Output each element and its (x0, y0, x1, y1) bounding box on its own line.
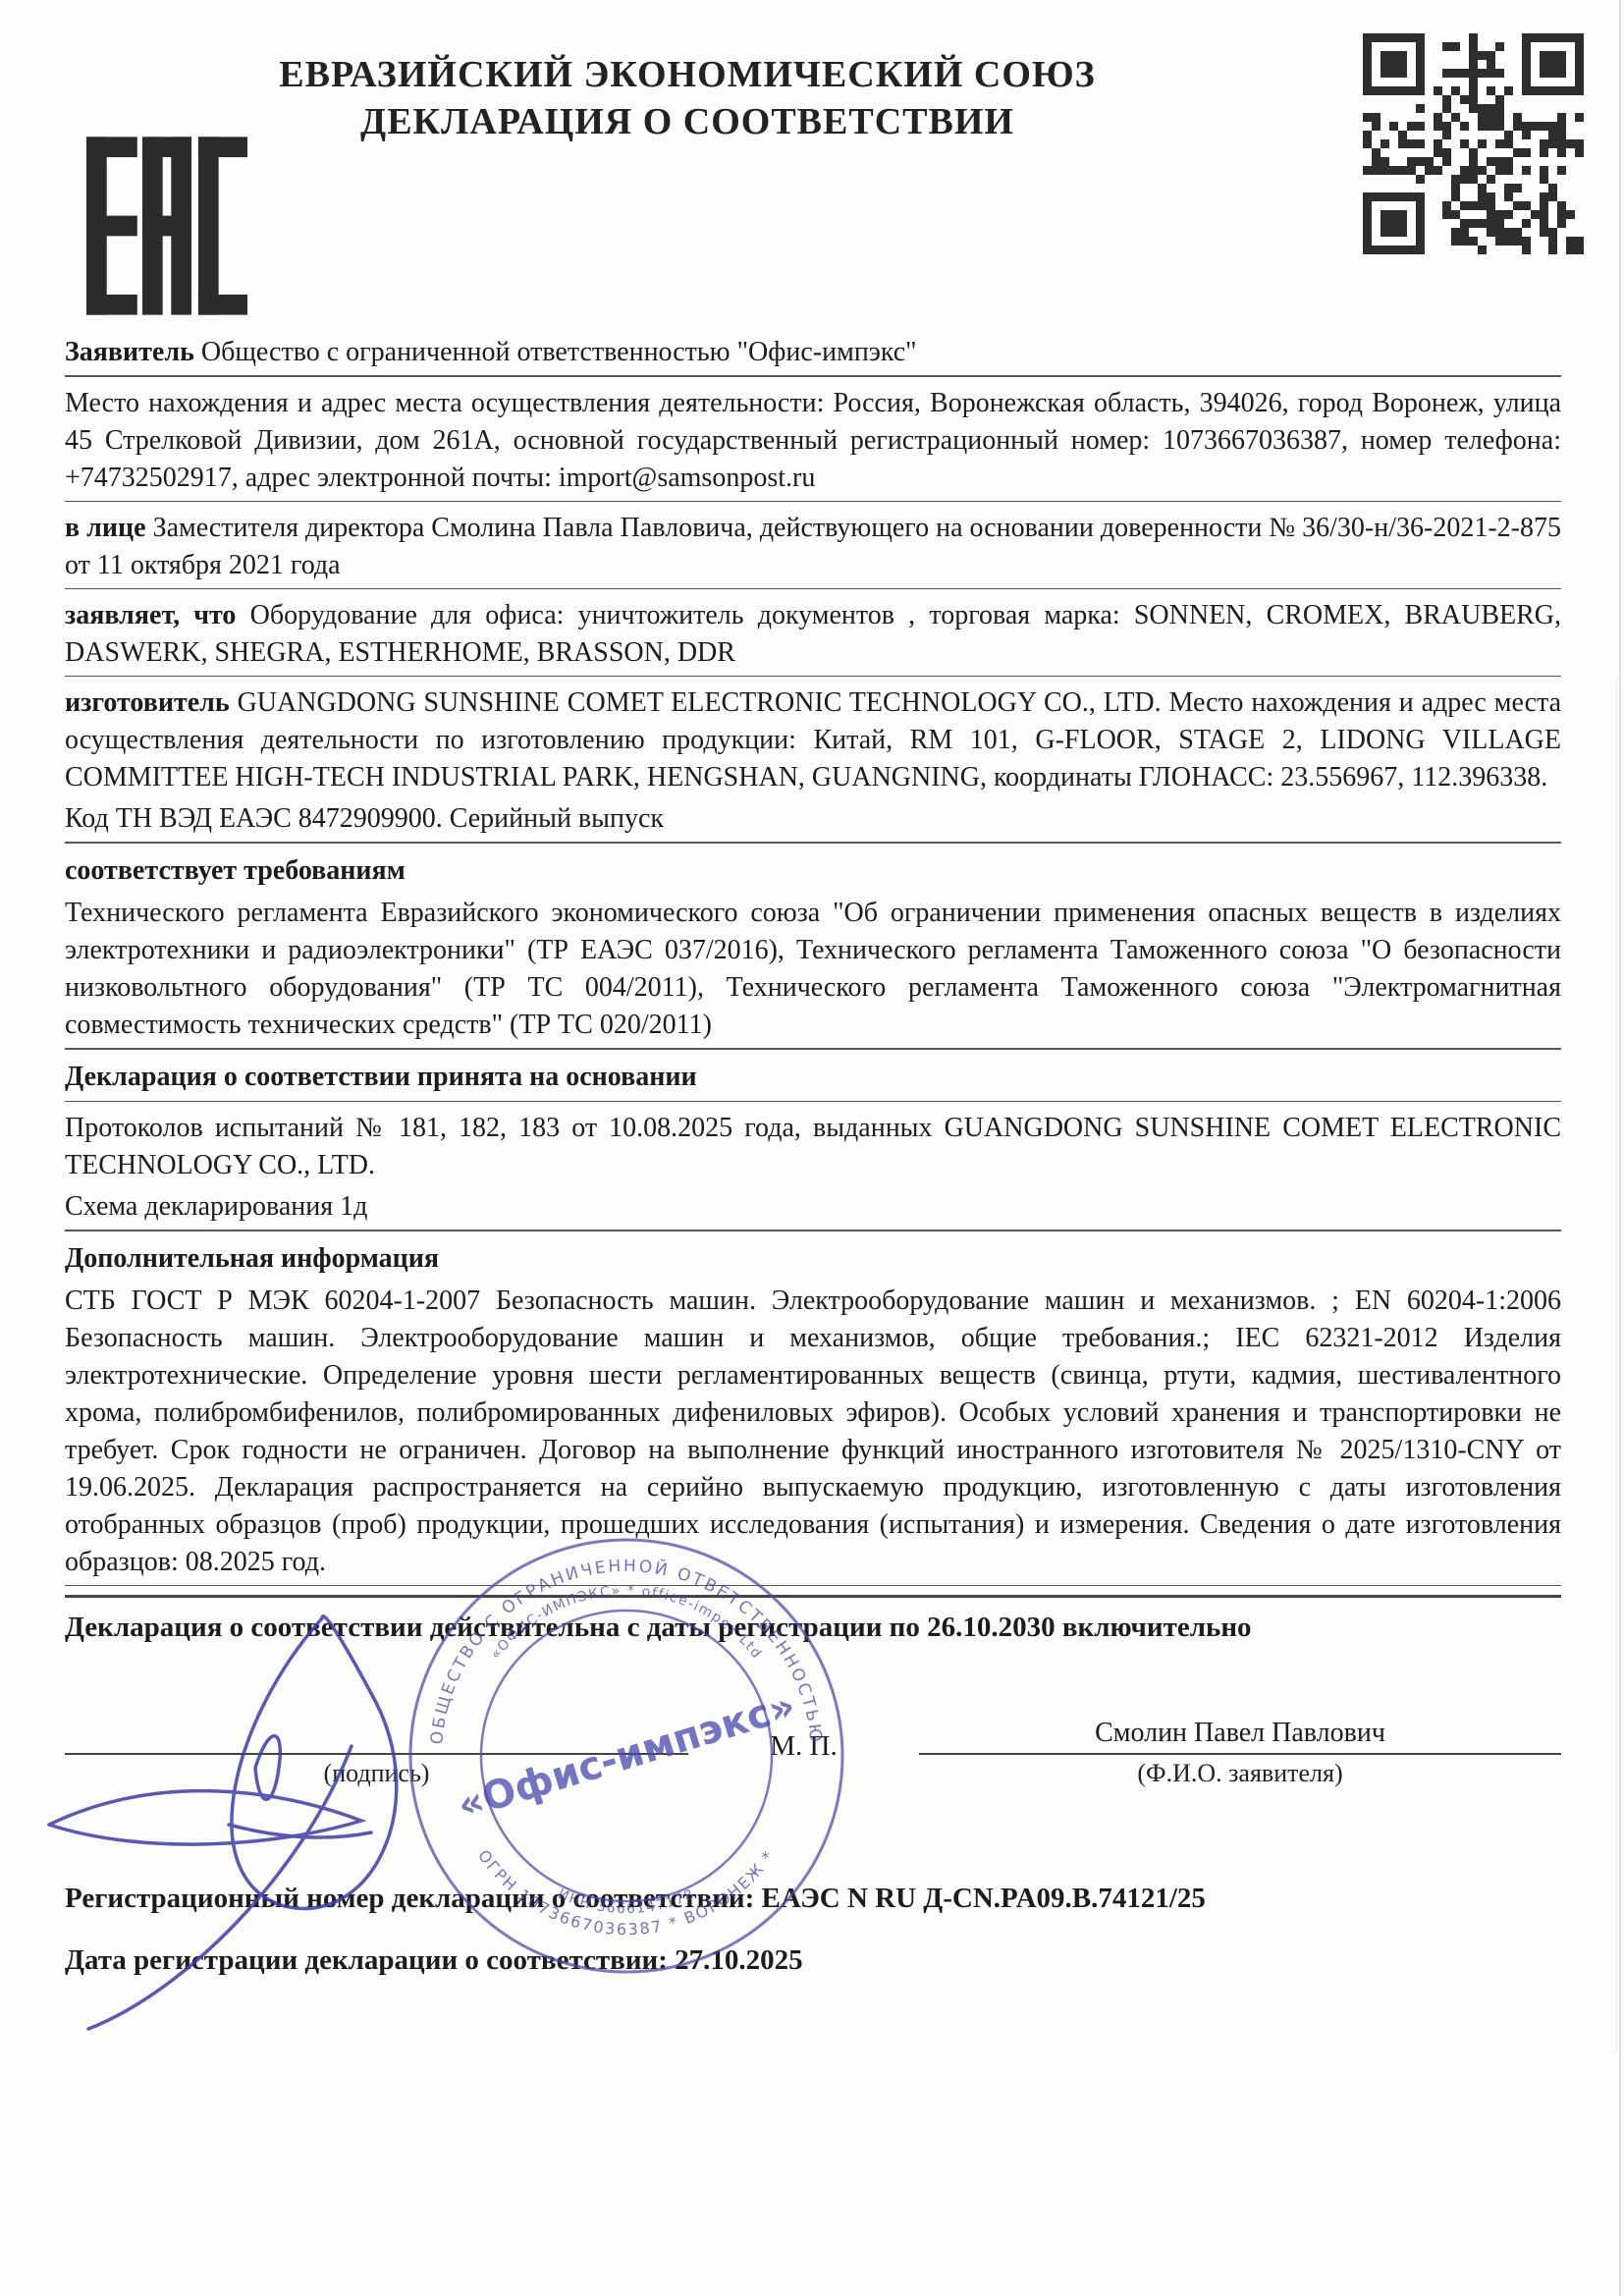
applicant-label: Заявитель (65, 337, 194, 367)
signer-line (919, 1753, 1561, 1755)
divider (65, 1585, 1561, 1586)
declares-line: заявляет, что Оборудование для офиса: ун… (65, 597, 1561, 672)
applicant-value: Общество с ограниченной ответственностью… (201, 337, 917, 367)
scan-artifact (1616, 678, 1617, 2052)
applicant-address: Место нахождения и адрес места осуществл… (65, 385, 1561, 497)
divider (65, 842, 1561, 844)
basis-text: Протоколов испытаний № 181, 182, 183 от … (65, 1110, 1561, 1184)
manufacturer-label: изготовитель (65, 687, 230, 718)
signer-area: Смолин Павел Павлович (Ф.И.О. заявителя) (919, 1718, 1561, 1788)
tnved-code-line: Код ТН ВЭД ЕАЭС 8472909900. Серийный вып… (65, 800, 1561, 838)
divider (65, 1101, 1561, 1102)
representative-label: в лице (65, 513, 146, 543)
signature-area: (подпись) (65, 1753, 688, 1788)
signature-caption: (подпись) (65, 1759, 688, 1788)
declaration-document: ЕВРАЗИЙСКИЙ ЭКОНОМИЧЕСКИЙ СОЮЗ ДЕКЛАРАЦИ… (0, 0, 1624, 2296)
declares-value: Оборудование для офиса: уничтожитель док… (65, 600, 1561, 668)
eac-mark-icon (86, 128, 247, 324)
divider (65, 676, 1561, 677)
validity-line: Декларация о соответствии действительна … (65, 1608, 1561, 1647)
applicant-line: Заявитель Общество с ограниченной ответс… (65, 334, 1561, 371)
registration-number-line: Регистрационный номер декларации о соотв… (65, 1883, 1561, 1915)
stamp-place-label: М. П. (688, 1730, 919, 1788)
scan-artifact (1619, 0, 1621, 2296)
divider (65, 501, 1561, 502)
basis-heading: Декларация о соответствии принята на осн… (65, 1058, 1561, 1097)
additional-text: СТБ ГОСТ Р МЭК 60204-1-2007 Безопасность… (65, 1283, 1561, 1581)
signer-name: Смолин Павел Павлович (919, 1718, 1561, 1749)
signature-line (65, 1753, 688, 1755)
representative-line: в лице Заместителя директора Смолина Пав… (65, 510, 1561, 584)
manufacturer-paragraph: изготовитель GUANGDONG SUNSHINE COMET EL… (65, 684, 1561, 796)
signature-block: (подпись) М. П. Смолин Павел Павлович (Ф… (65, 1718, 1561, 1788)
declares-label: заявляет, что (65, 600, 236, 630)
representative-value: Заместителя директора Смолина Павла Павл… (65, 513, 1561, 580)
divider (65, 1048, 1561, 1050)
document-body: Заявитель Общество с ограниченной ответс… (65, 330, 1561, 1977)
page-title: ЕВРАЗИЙСКИЙ ЭКОНОМИЧЕСКИЙ СОЮЗ ДЕКЛАРАЦИ… (98, 51, 1276, 145)
divider (65, 1230, 1561, 1231)
title-line-2: ДЕКЛАРАЦИЯ О СООТВЕТСТВИИ (98, 98, 1276, 145)
complies-text: Технического регламента Евразийского эко… (65, 895, 1561, 1044)
title-line-1: ЕВРАЗИЙСКИЙ ЭКОНОМИЧЕСКИЙ СОЮЗ (98, 51, 1276, 98)
signer-caption: (Ф.И.О. заявителя) (919, 1759, 1561, 1788)
divider (65, 588, 1561, 589)
manufacturer-value: GUANGDONG SUNSHINE COMET ELECTRONIC TECH… (65, 687, 1561, 793)
divider-bold (65, 1595, 1561, 1598)
complies-heading: соответствует требованиям (65, 851, 1561, 891)
additional-heading: Дополнительная информация (65, 1239, 1561, 1279)
divider (65, 375, 1561, 377)
registration-date-line: Дата регистрации декларации о соответств… (65, 1944, 1561, 1977)
scheme-line: Схема декларирования 1д (65, 1188, 1561, 1226)
qr-code-icon (1363, 33, 1584, 254)
